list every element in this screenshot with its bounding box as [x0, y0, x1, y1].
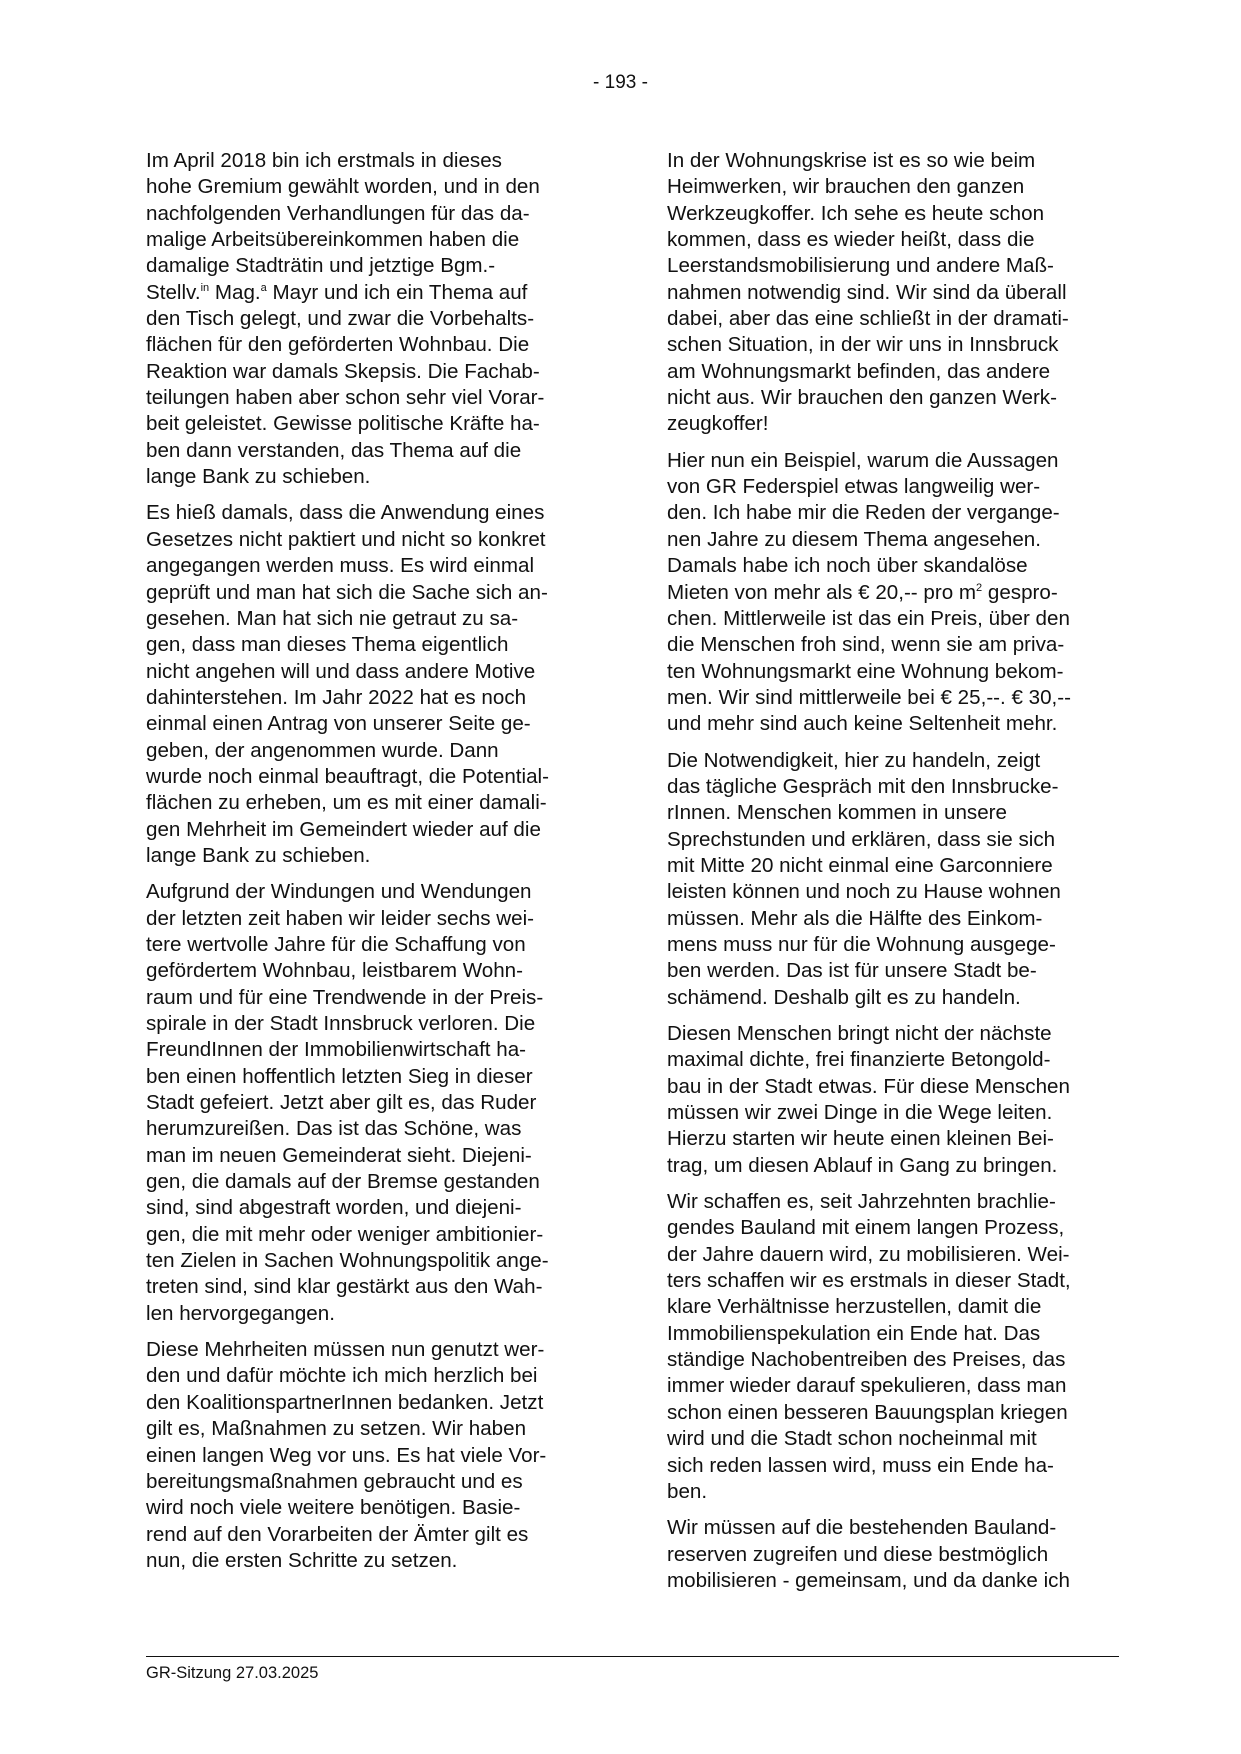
text-line: sind, sind abgestraft worden, und diejen… — [146, 1195, 596, 1221]
footer-session-date: GR-Sitzung 27.03.2025 — [146, 1664, 318, 1683]
text-line: In der Wohnungskrise ist es so wie beim — [667, 148, 1117, 174]
text-line: Diesen Menschen bringt nicht der nächste — [667, 1021, 1117, 1047]
text-line: herumzureißen. Das ist das Schöne, was — [146, 1116, 596, 1142]
text-line: zeugkoffer! — [667, 411, 1117, 437]
text-line: spirale in der Stadt Innsbruck verloren.… — [146, 1011, 596, 1037]
text-line: wurde noch einmal beauftragt, die Potent… — [146, 764, 596, 790]
text-line: Leerstandsmobilisierung und andere Maß- — [667, 253, 1117, 279]
text-line: Im April 2018 bin ich erstmals in dieses — [146, 148, 596, 174]
paragraph: Diesen Menschen bringt nicht der nächste… — [667, 1021, 1117, 1179]
text-line: gen Mehrheit im Gemeindert wieder auf di… — [146, 817, 596, 843]
text-line: geben, der angenommen wurde. Dann — [146, 738, 596, 764]
text-line: der Jahre dauern wird, zu mobilisieren. … — [667, 1242, 1117, 1268]
paragraph: Die Notwendigkeit, hier zu handeln, zeig… — [667, 748, 1117, 1011]
text-line: bereitungsmaßnahmen gebraucht und es — [146, 1469, 596, 1495]
text-line: Gesetzes nicht paktiert und nicht so kon… — [146, 527, 596, 553]
text-line: damalige Stadträtin und jetztige Bgm.- — [146, 253, 596, 279]
text-line: men. Wir sind mittlerweile bei € 25,--. … — [667, 685, 1117, 711]
text-line: lange Bank zu schieben. — [146, 843, 596, 869]
paragraph: Es hieß damals, dass die Anwendung eines… — [146, 500, 596, 869]
text-line: einen langen Weg vor uns. Es hat viele V… — [146, 1443, 596, 1469]
text-line: ständige Nachobentreiben des Preises, da… — [667, 1347, 1117, 1373]
text-line: leisten können und noch zu Hause wohnen — [667, 879, 1117, 905]
text-line: hohe Gremium gewählt worden, und in den — [146, 174, 596, 200]
text-line: den KoalitionspartnerInnen bedanken. Jet… — [146, 1390, 596, 1416]
text-line: Immobilienspekulation ein Ende hat. Das — [667, 1321, 1117, 1347]
text-line: Diese Mehrheiten müssen nun genutzt wer- — [146, 1337, 596, 1363]
text-line: mens muss nur für die Wohnung ausgege- — [667, 932, 1117, 958]
text-line: den. Ich habe mir die Reden der vergange… — [667, 500, 1117, 526]
text-line: FreundInnen der Immobilienwirtschaft ha- — [146, 1037, 596, 1063]
text-line: wird und die Stadt schon nocheinmal mit — [667, 1426, 1117, 1452]
text-line: ben werden. Das ist für unsere Stadt be- — [667, 958, 1117, 984]
text-line: das tägliche Gespräch mit den Innsbrucke… — [667, 774, 1117, 800]
text-line: flächen für den geförderten Wohnbau. Die — [146, 332, 596, 358]
text-line: ben dann verstanden, das Thema auf die — [146, 438, 596, 464]
text-line: immer wieder darauf spekulieren, dass ma… — [667, 1373, 1117, 1399]
text-line: Aufgrund der Windungen und Wendungen — [146, 879, 596, 905]
text-line: geprüft und man hat sich die Sache sich … — [146, 580, 596, 606]
text-line: schon einen besseren Bauungsplan kriegen — [667, 1400, 1117, 1426]
text-line: sich reden lassen wird, muss ein Ende ha… — [667, 1453, 1117, 1479]
text-line: Hierzu starten wir heute einen kleinen B… — [667, 1126, 1117, 1152]
right-column: In der Wohnungskrise ist es so wie beimH… — [667, 148, 1117, 1604]
text-line: Wir müssen auf die bestehenden Bauland- — [667, 1515, 1117, 1541]
text-line: angegangen werden muss. Es wird einmal — [146, 553, 596, 579]
text-line: Die Notwendigkeit, hier zu handeln, zeig… — [667, 748, 1117, 774]
paragraph: In der Wohnungskrise ist es so wie beimH… — [667, 148, 1117, 438]
text-line: treten sind, sind klar gestärkt aus den … — [146, 1274, 596, 1300]
text-line: ters schaffen wir es erstmals in dieser … — [667, 1268, 1117, 1294]
text-line: lange Bank zu schieben. — [146, 464, 596, 490]
text-line: nahmen notwendig sind. Wir sind da übera… — [667, 280, 1117, 306]
text-line: tere wertvolle Jahre für die Schaffung v… — [146, 932, 596, 958]
text-line: rend auf den Vorarbeiten der Ämter gilt … — [146, 1522, 596, 1548]
text-line: kommen, dass es wieder heißt, dass die — [667, 227, 1117, 253]
text-line: reserven zugreifen und diese bestmöglich — [667, 1542, 1117, 1568]
text-line: nicht aus. Wir brauchen den ganzen Werk- — [667, 385, 1117, 411]
text-line: gilt es, Maßnahmen zu setzen. Wir haben — [146, 1416, 596, 1442]
text-line: Hier nun ein Beispiel, warum die Aussage… — [667, 448, 1117, 474]
text-line: gendes Bauland mit einem langen Prozess, — [667, 1215, 1117, 1241]
text-line: der letzten zeit haben wir leider sechs … — [146, 906, 596, 932]
text-line: len hervorgegangen. — [146, 1301, 596, 1327]
text-line: teilungen haben aber schon sehr viel Vor… — [146, 385, 596, 411]
paragraph: Wir schaffen es, seit Jahrzehnten brachl… — [667, 1189, 1117, 1505]
text-line: man im neuen Gemeinderat sieht. Diejeni- — [146, 1143, 596, 1169]
text-line: nun, die ersten Schritte zu setzen. — [146, 1548, 596, 1574]
text-line: nicht angehen will und dass andere Motiv… — [146, 659, 596, 685]
text-line: maximal dichte, frei finanzierte Betongo… — [667, 1047, 1117, 1073]
text-line: trag, um diesen Ablauf in Gang zu bringe… — [667, 1153, 1117, 1179]
text-line: müssen. Mehr als die Hälfte des Einkom- — [667, 906, 1117, 932]
text-line: den und dafür möchte ich mich herzlich b… — [146, 1363, 596, 1389]
text-line: mit Mitte 20 nicht einmal eine Garconnie… — [667, 853, 1117, 879]
footer-divider — [146, 1656, 1119, 1657]
text-line: malige Arbeitsübereinkommen haben die — [146, 227, 596, 253]
text-line: beit geleistet. Gewisse politische Kräft… — [146, 411, 596, 437]
text-line: dabei, aber das eine schließt in der dra… — [667, 306, 1117, 332]
text-line: Stadt gefeiert. Jetzt aber gilt es, das … — [146, 1090, 596, 1116]
text-line: ben einen hoffentlich letzten Sieg in di… — [146, 1064, 596, 1090]
text-line: Stellv.in Mag.a Mayr und ich ein Thema a… — [146, 280, 596, 306]
text-line: mobilisieren - gemeinsam, und da danke i… — [667, 1568, 1117, 1594]
paragraph: Im April 2018 bin ich erstmals in dieses… — [146, 148, 596, 490]
text-line: rInnen. Menschen kommen in unsere — [667, 800, 1117, 826]
text-line: nen Jahre zu diesem Thema angesehen. — [667, 527, 1117, 553]
paragraph: Diese Mehrheiten müssen nun genutzt wer-… — [146, 1337, 596, 1574]
text-line: ten Wohnungsmarkt eine Wohnung bekom- — [667, 659, 1117, 685]
text-line: bau in der Stadt etwas. Für diese Mensch… — [667, 1074, 1117, 1100]
text-line: Damals habe ich noch über skandalöse — [667, 553, 1117, 579]
text-line: Sprechstunden und erklären, dass sie sic… — [667, 827, 1117, 853]
text-line: Wir schaffen es, seit Jahrzehnten brachl… — [667, 1189, 1117, 1215]
text-line: Heimwerken, wir brauchen den ganzen — [667, 174, 1117, 200]
text-line: von GR Federspiel etwas langweilig wer- — [667, 474, 1117, 500]
text-line: am Wohnungsmarkt befinden, das andere — [667, 359, 1117, 385]
text-line: Mieten von mehr als € 20,-- pro m2 gespr… — [667, 580, 1117, 606]
text-line: und mehr sind auch keine Seltenheit mehr… — [667, 711, 1117, 737]
text-line: raum und für eine Trendwende in der Prei… — [146, 985, 596, 1011]
text-line: klare Verhältnisse herzustellen, damit d… — [667, 1294, 1117, 1320]
text-line: Reaktion war damals Skepsis. Die Fachab- — [146, 359, 596, 385]
paragraph: Hier nun ein Beispiel, warum die Aussage… — [667, 448, 1117, 738]
text-line: gefördertem Wohnbau, leistbarem Wohn- — [146, 958, 596, 984]
text-line: ten Zielen in Sachen Wohnungspolitik ang… — [146, 1248, 596, 1274]
text-line: gen, die damals auf der Bremse gestanden — [146, 1169, 596, 1195]
text-line: chen. Mittlerweile ist das ein Preis, üb… — [667, 606, 1117, 632]
text-line: gen, dass man dieses Thema eigentlich — [146, 632, 596, 658]
text-line: gesehen. Man hat sich nie getraut zu sa- — [146, 606, 596, 632]
text-line: wird noch viele weitere benötigen. Basie… — [146, 1495, 596, 1521]
text-line: dahinterstehen. Im Jahr 2022 hat es noch — [146, 685, 596, 711]
text-line: Es hieß damals, dass die Anwendung eines — [146, 500, 596, 526]
text-line: Werkzeugkoffer. Ich sehe es heute schon — [667, 201, 1117, 227]
text-line: den Tisch gelegt, und zwar die Vorbehalt… — [146, 306, 596, 332]
text-line: die Menschen froh sind, wenn sie am priv… — [667, 632, 1117, 658]
paragraph: Aufgrund der Windungen und Wendungender … — [146, 879, 596, 1327]
page-number: - 193 - — [0, 72, 1241, 94]
text-line: nachfolgenden Verhandlungen für das da- — [146, 201, 596, 227]
text-line: ben. — [667, 1479, 1117, 1505]
text-line: flächen zu erheben, um es mit einer dama… — [146, 790, 596, 816]
text-line: gen, die mit mehr oder weniger ambitioni… — [146, 1222, 596, 1248]
text-line: schämend. Deshalb gilt es zu handeln. — [667, 985, 1117, 1011]
text-line: einmal einen Antrag von unserer Seite ge… — [146, 711, 596, 737]
paragraph: Wir müssen auf die bestehenden Bauland-r… — [667, 1515, 1117, 1594]
text-line: müssen wir zwei Dinge in die Wege leiten… — [667, 1100, 1117, 1126]
text-line: schen Situation, in der wir uns in Innsb… — [667, 332, 1117, 358]
left-column: Im April 2018 bin ich erstmals in dieses… — [146, 148, 596, 1584]
